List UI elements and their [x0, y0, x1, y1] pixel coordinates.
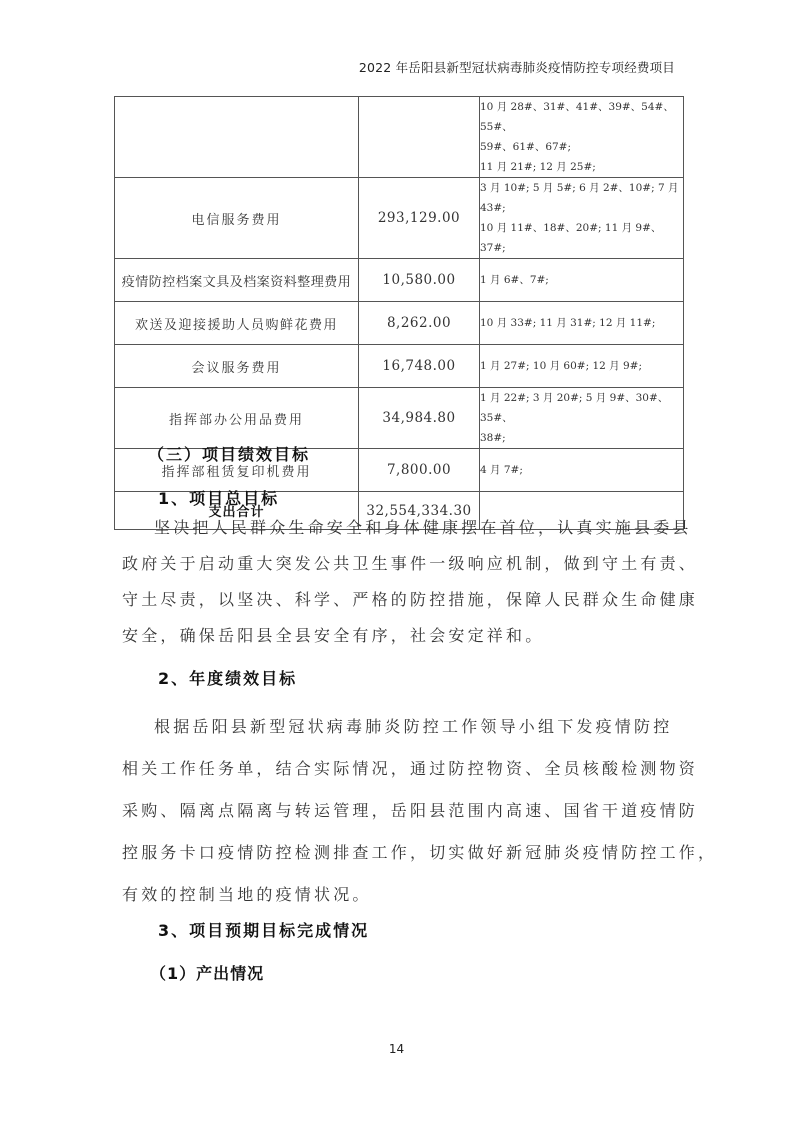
subsection-heading-overall-goal: 1、项目总目标 [158, 486, 279, 509]
voucher-list: 1 月 6#、7#; [480, 259, 684, 302]
voucher-line: 1 月 27#; 10 月 60#; 12 月 9#; [480, 356, 683, 376]
voucher-list: 10 月 33#; 11 月 31#; 12 月 11#; [480, 302, 684, 345]
page-number: 14 [0, 1042, 793, 1056]
paragraph-line: 安全，确保岳阳县全县安全有序，社会安定祥和。 [122, 618, 692, 654]
expense-amount: 8,262.00 [359, 302, 480, 345]
annual-goal-paragraph: 根据岳阳县新型冠状病毒肺炎防控工作领导小组下发疫情防控 相关工作任务单，结合实际… [122, 706, 692, 916]
expense-amount: 10,580.00 [359, 259, 480, 302]
expense-amount: 16,748.00 [359, 345, 480, 388]
voucher-line: 1 月 6#、7#; [480, 270, 683, 290]
table-row: 欢送及迎接援助人员购鲜花费用 8,262.00 10 月 33#; 11 月 3… [115, 302, 684, 345]
voucher-line: 10 月 11#、18#、20#; 11 月 9#、37#; [480, 218, 683, 258]
voucher-line: 10 月 28#、31#、41#、39#、54#、55#、 [480, 97, 683, 137]
subsection-heading-annual-goal: 2、年度绩效目标 [158, 666, 297, 689]
table-row: 电信服务费用 293,129.00 3 月 10#; 5 月 5#; 6 月 2… [115, 178, 684, 259]
voucher-line: 38#; [480, 428, 683, 448]
running-header-title: 2022 年岳阳县新型冠状病毒肺炎疫情防控专项经费项目 [359, 58, 675, 76]
paragraph-line: 守土尽责，以坚决、科学、严格的防控措施，保障人民群众生命健康 [122, 582, 692, 618]
voucher-list: 1 月 27#; 10 月 60#; 12 月 9#; [480, 345, 684, 388]
expense-amount: 7,800.00 [359, 449, 480, 492]
table-row: 疫情防控档案文具及档案资料整理费用 10,580.00 1 月 6#、7#; [115, 259, 684, 302]
voucher-line: 4 月 7#; [480, 460, 683, 480]
paragraph-line: 控服务卡口疫情防控检测排查工作，切实做好新冠肺炎疫情防控工作， [122, 832, 692, 874]
expense-item [115, 97, 359, 178]
voucher-list: 4 月 7#; [480, 449, 684, 492]
expense-item: 电信服务费用 [115, 178, 359, 259]
section-heading-performance-goals: （三）项目绩效目标 [148, 442, 310, 465]
voucher-list: 1 月 22#; 3 月 20#; 5 月 9#、30#、35#、 38#; [480, 388, 684, 449]
voucher-line: 1 月 22#; 3 月 20#; 5 月 9#、30#、35#、 [480, 388, 683, 428]
subsection-heading-output-status: （1）产出情况 [150, 961, 264, 984]
paragraph-line: 采购、隔离点隔离与转运管理，岳阳县范围内高速、国省干道疫情防 [122, 790, 692, 832]
voucher-list: 10 月 28#、31#、41#、39#、54#、55#、 59#、61#、67… [480, 97, 684, 178]
expense-item: 会议服务费用 [115, 345, 359, 388]
expense-item: 欢送及迎接援助人员购鲜花费用 [115, 302, 359, 345]
expense-item: 指挥部办公用品费用 [115, 388, 359, 449]
overall-goal-paragraph: 坚决把人民群众生命安全和身体健康摆在首位，认真实施县委县 政府关于启动重大突发公… [122, 510, 692, 654]
paragraph-line: 坚决把人民群众生命安全和身体健康摆在首位，认真实施县委县 [122, 510, 692, 546]
voucher-line: 3 月 10#; 5 月 5#; 6 月 2#、10#; 7 月 43#; [480, 178, 683, 218]
expense-item: 疫情防控档案文具及档案资料整理费用 [115, 259, 359, 302]
voucher-line: 10 月 33#; 11 月 31#; 12 月 11#; [480, 313, 683, 333]
paragraph-line: 相关工作任务单，结合实际情况，通过防控物资、全员核酸检测物资 [122, 748, 692, 790]
paragraph-line: 政府关于启动重大突发公共卫生事件一级响应机制，做到守土有责、 [122, 546, 692, 582]
table-row: 10 月 28#、31#、41#、39#、54#、55#、 59#、61#、67… [115, 97, 684, 178]
voucher-line: 59#、61#、67#; [480, 137, 683, 157]
voucher-line: 11 月 21#; 12 月 25#; [480, 157, 683, 177]
voucher-list: 3 月 10#; 5 月 5#; 6 月 2#、10#; 7 月 43#; 10… [480, 178, 684, 259]
expense-amount [359, 97, 480, 178]
paragraph-line: 有效的控制当地的疫情状况。 [122, 874, 692, 916]
subsection-heading-expected-completion: 3、项目预期目标完成情况 [158, 918, 369, 941]
table-row: 指挥部办公用品费用 34,984.80 1 月 22#; 3 月 20#; 5 … [115, 388, 684, 449]
paragraph-line: 根据岳阳县新型冠状病毒肺炎防控工作领导小组下发疫情防控 [122, 706, 692, 748]
expense-amount: 34,984.80 [359, 388, 480, 449]
expense-amount: 293,129.00 [359, 178, 480, 259]
table-row: 会议服务费用 16,748.00 1 月 27#; 10 月 60#; 12 月… [115, 345, 684, 388]
